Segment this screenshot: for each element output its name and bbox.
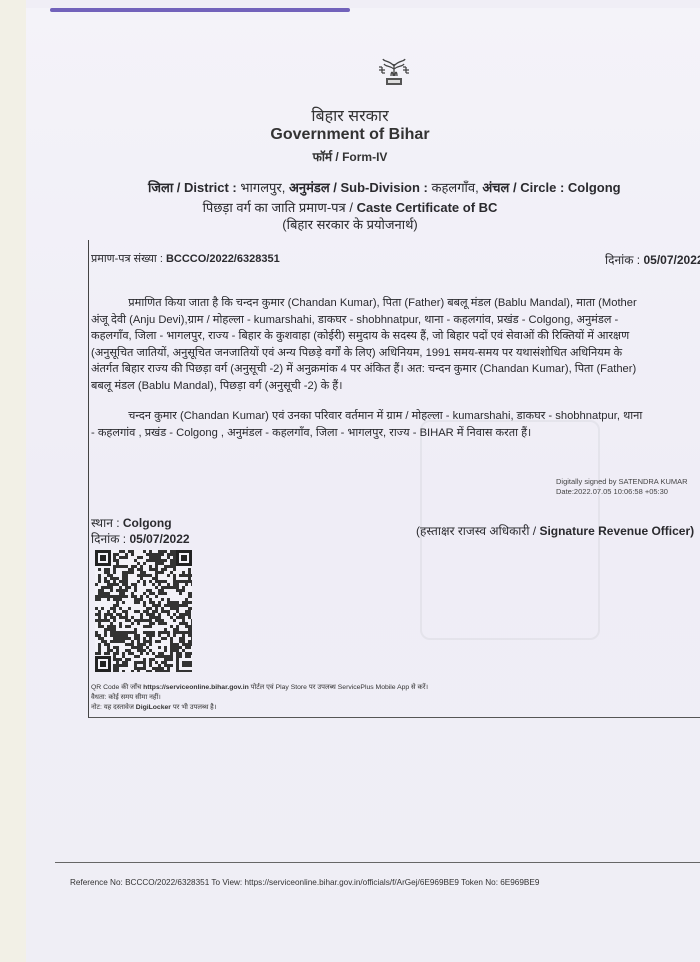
place-value: Colgong — [123, 516, 172, 530]
digital-signature: Digitally signed by SATENDRA KUMAR Date:… — [556, 477, 688, 497]
place-label: स्थान : — [91, 516, 120, 530]
subdivision-label: अनुमंडल / Sub-Division : — [289, 180, 428, 195]
digital-signature-date: Date:2022.07.05 10:06:58 +05:30 — [556, 487, 688, 497]
paragraph-line: (अनुसूचित जातियों, अनुसूचित जनजातियों एव… — [91, 345, 700, 362]
certificate-title-hindi: पिछड़ा वर्ग का जाति प्रमाण-पत्र / — [203, 200, 353, 215]
digilocker-note-suffix: पर भी उपलब्ध है। — [173, 704, 217, 711]
qr-note-prefix: QR Code की जाँच — [91, 684, 141, 691]
paragraph-line: बबलू मंडल (Bablu Mandal), पिछड़ा वर्ग (अ… — [91, 378, 700, 395]
district-label: जिला / District : — [148, 180, 237, 195]
signature-label-hindi: (हस्ताक्षर राजस्व अधिकारी / — [416, 524, 536, 538]
residence-paragraph: चन्दन कुमार (Chandan Kumar) एवं उनका परि… — [91, 408, 700, 441]
verification-notes: QR Code की जाँच https://serviceonline.bi… — [91, 683, 428, 713]
paragraph-line: प्रमाणित किया जाता है कि चन्दन कुमार (Ch… — [91, 295, 700, 312]
signature-label-english: Signature Revenue Officer) — [539, 524, 694, 538]
digilocker-note-prefix: नोट: यह दस्तावेज — [91, 704, 134, 711]
paragraph-line: चन्दन कुमार (Chandan Kumar) एवं उनका परि… — [91, 408, 700, 425]
certificate-number-value: BCCCO/2022/6328351 — [166, 253, 280, 265]
paragraph-line: - कहलगांव , प्रखंड - Colgong , अनुमंडल -… — [91, 425, 700, 442]
place-date: दिनांक : 05/07/2022 — [91, 530, 190, 547]
district-value: भागलपुर, — [240, 180, 285, 195]
paragraph-line: अंतर्गत बिहार राज्य की पिछड़ा वर्ग (अनुस… — [91, 361, 700, 378]
paragraph-line: अंजू देवी (Anju Devi),ग्राम / मोहल्ला - … — [91, 312, 700, 329]
issue-date: दिनांक : 05/07/2022 — [605, 251, 700, 268]
header-title-hindi: बिहार सरकार — [0, 104, 700, 126]
circle-value: Colgong — [568, 180, 621, 195]
digilocker-note: नोट: यह दस्तावेज DigiLocker पर भी उपलब्ध… — [91, 703, 428, 713]
qr-note: QR Code की जाँच https://serviceonline.bi… — [91, 683, 428, 693]
certificate-title: पिछड़ा वर्ग का जाति प्रमाण-पत्र / Caste … — [0, 198, 700, 216]
place-date-label: दिनांक : — [91, 532, 126, 546]
signature-label: (हस्ताक्षर राजस्व अधिकारी / Signature Re… — [416, 522, 694, 539]
subdivision-value: कहलगाँव, — [432, 180, 479, 195]
header-title-english: Government of Bihar — [0, 126, 700, 144]
form-number: फॉर्म / Form-IV — [0, 148, 700, 165]
validity-note: वैधता: कोई समय सीमा नहीं। — [91, 693, 428, 703]
certificate-number: प्रमाण-पत्र संख्या : BCCCO/2022/6328351 — [91, 251, 280, 266]
place-date-value: 05/07/2022 — [129, 532, 189, 546]
certification-paragraph: प्रमाणित किया जाता है कि चन्दन कुमार (Ch… — [91, 295, 700, 394]
scan-edge-strip — [0, 0, 26, 962]
certificate-title-english: Caste Certificate of BC — [357, 200, 498, 215]
digital-signature-signer: Digitally signed by SATENDRA KUMAR — [556, 477, 688, 487]
bihar-emblem-icon — [375, 56, 413, 88]
digilocker-label: DigiLocker — [136, 704, 171, 711]
circle-label: अंचल / Circle : — [482, 180, 564, 195]
issue-date-value: 05/07/2022 — [643, 253, 700, 267]
qr-code — [95, 550, 192, 672]
location-line: जिला / District : भागलपुर, अनुमंडल / Sub… — [148, 178, 621, 196]
place: स्थान : Colgong — [91, 514, 172, 531]
certificate-purpose: (बिहार सरकार के प्रयोजनार्थ) — [0, 215, 700, 233]
qr-note-suffix: पोर्टल एवं Play Store पर उपलब्ध ServiceP… — [251, 684, 429, 691]
issue-date-label: दिनांक : — [605, 253, 640, 267]
certificate-number-label: प्रमाण-पत्र संख्या : — [91, 253, 163, 265]
reference-footer: Reference No: BCCCO/2022/6328351 To View… — [70, 878, 539, 887]
verification-url: https://serviceonline.bihar.gov.in — [143, 684, 249, 691]
paragraph-line: कहलगाँव, जिला - भागलपुर, राज्य - बिहार क… — [91, 328, 700, 345]
ink-mark — [50, 8, 350, 12]
footer-divider — [55, 862, 700, 863]
